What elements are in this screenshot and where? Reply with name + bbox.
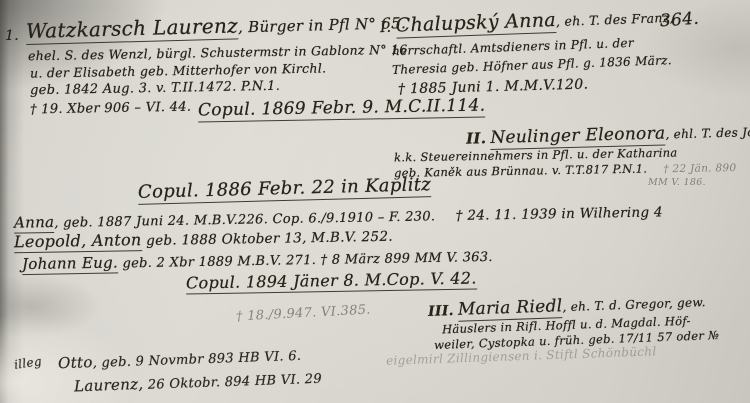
wife3-death-note: † 18./9.947. VI.385. <box>236 302 371 324</box>
wife2-death-note: † 22 Jän. 890 <box>651 162 736 175</box>
wife3-title: , eh. T. d. Gregor, gew. <box>562 295 706 314</box>
marriage2-record: Copul. 1886 Febr. 22 in Kaplitz <box>138 174 432 205</box>
groom-birth-line: geb. 1842 Aug. 3. v. T.II.1472. P.N.1. <box>30 79 280 98</box>
wife2-headline: II. Neulinger Eleonora, ehl. T. des Joha… <box>466 119 750 148</box>
child-details: geb. 1888 Oktober 13, M.B.V. 252. <box>141 229 393 249</box>
wife1-death-line: † 1885 Juni 1. M.M.V.120. <box>398 77 589 98</box>
child-row-laurenz: Laurenz, 26 Oktobr. 894 HB VI. 29 <box>74 369 322 396</box>
groom-parents-line-2: u. der Elisabeth geb. Mitterhofer von Ki… <box>30 60 327 80</box>
child-name: Laurenz, <box>74 375 144 395</box>
groom-death-line: † 19. Xber 906 – VI. 44. <box>30 100 192 118</box>
wife1-numeral: I. <box>380 18 392 36</box>
groom-name: Watzkarsch Laurenz <box>26 13 239 45</box>
wife2-register-ref: MM V. 186. <box>648 177 706 188</box>
wife3-numeral: III. <box>428 303 454 320</box>
entry-number: 1. <box>5 28 19 44</box>
child-row-otto: Otto, geb. 9 Novmbr 893 HB VI. 6. <box>58 346 302 372</box>
child-details: 26 Oktobr. 894 HB VI. 29 <box>143 372 322 393</box>
wife2-numeral: II. <box>466 129 487 148</box>
child-name: Anna <box>14 213 55 234</box>
child-details: , geb. 9 Novmbr 893 HB VI. 6. <box>92 349 301 371</box>
child-name: Johann Eug. <box>22 253 118 275</box>
wife2-origin: geb. Kaněk aus Brünnau. v. T.T.817 P.N.1… <box>394 162 648 180</box>
child-name: Leopold, Anton <box>14 230 142 253</box>
child-name: Otto <box>58 353 93 372</box>
illegitimate-prefix: illeg <box>13 354 42 372</box>
groom-parents-line-1: ehel. S. des Wenzl, bürgl. Schustermstr … <box>28 42 408 64</box>
marriage1-record: Copul. 1869 Febr. 9. M.C.II.114. <box>198 95 486 122</box>
child-death-note: † 24. 11. 1939 in Wilhering 4 <box>440 204 663 224</box>
marriage3-record: Copul. 1894 Jäner 8. M.Cop. V. 42. <box>186 268 477 294</box>
groom-headline: Watzkarsch Laurenz, Bürger in Pfl N° 65. <box>26 9 407 43</box>
wife2-title: , ehl. T. des Johann, gew. <box>665 123 750 141</box>
wife1-headline: I. Chalupský Anna, eh. T. des Franz, <box>380 5 675 37</box>
wife1-title: , eh. T. des Franz, <box>556 10 674 29</box>
register-page: 364. 1. Watzkarsch Laurenz, Bürger in Pf… <box>0 0 750 403</box>
wife1-name: Chalupský Anna <box>395 9 556 39</box>
